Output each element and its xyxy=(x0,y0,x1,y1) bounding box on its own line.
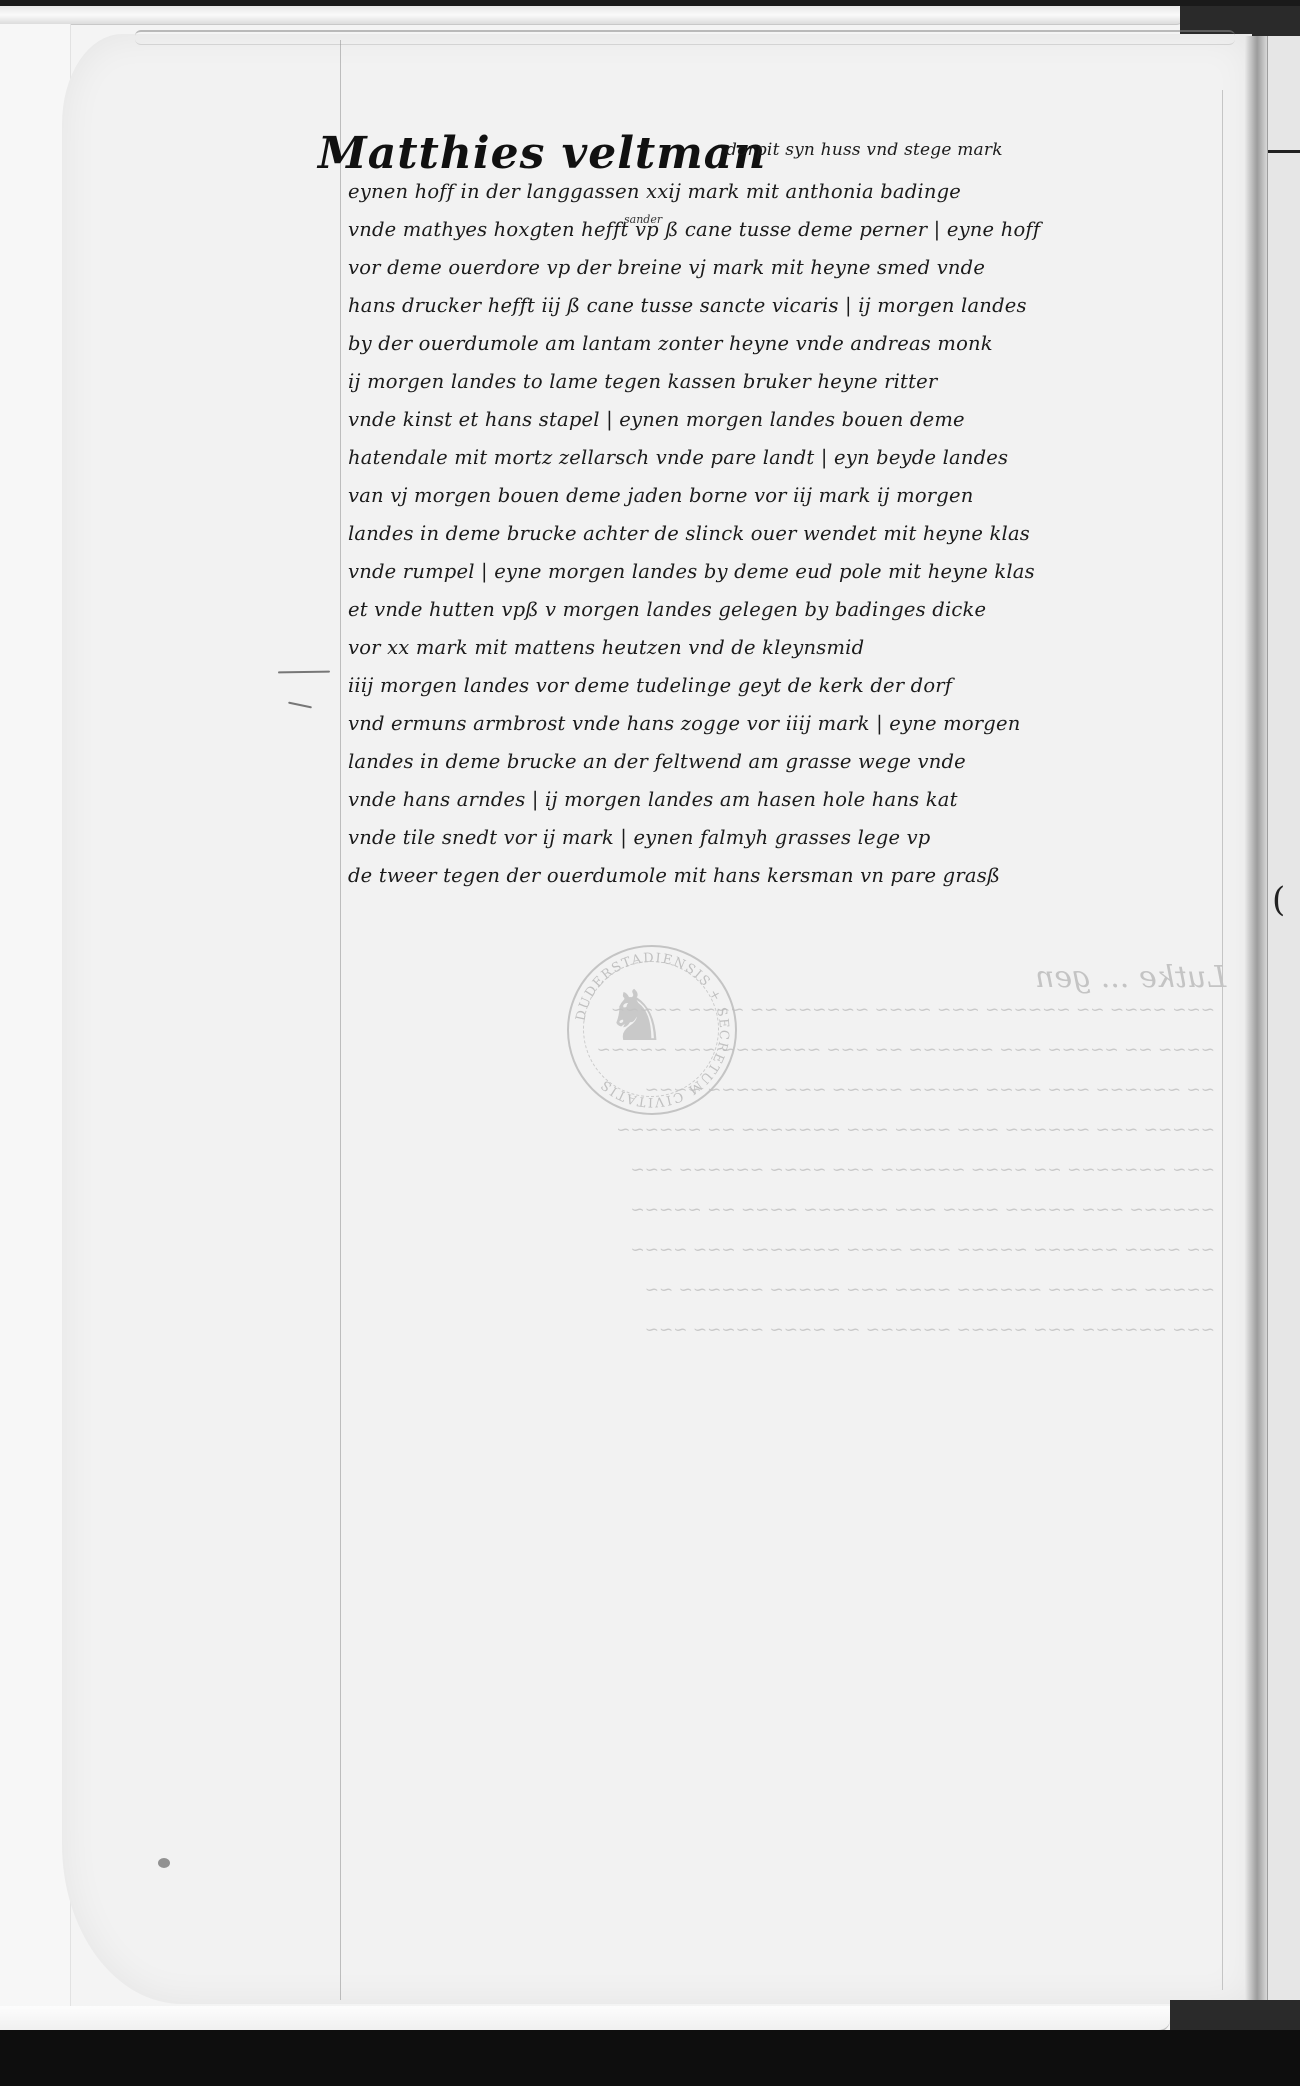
bleed-through-heading: Lutke ... gen xyxy=(1035,960,1226,995)
text-line: vnde mathyes hoxgten hefft vp ß cane tus… xyxy=(348,218,1040,241)
bleed-through-line: ~~~~~~ ~~~ ~~~~~ ~~~~ ~~~ ~~~~~~ ~~~~ ~~… xyxy=(345,1200,1215,1220)
text-line: iiij morgen landes vor deme tudelinge ge… xyxy=(348,674,952,697)
book-holder-rod-bottom xyxy=(0,2006,1170,2032)
entry-heading: Matthies veltman xyxy=(318,128,766,179)
text-line: by der ouerdumole am lantam zonter heyne… xyxy=(348,332,993,355)
text-line: vnde hans arndes | ij morgen landes am h… xyxy=(348,788,958,811)
interlinear-insertion: sander xyxy=(624,213,662,226)
scanner-bed-left xyxy=(0,24,71,2014)
archive-seal-stamp: DUDERSTADIENSIS + SECRETUM CIVITATIS ♞ xyxy=(567,945,737,1115)
bleed-through-line: ~~~ ~~~~~~ ~~~ ~~~~~ ~~~~~~ ~~ ~~~~ ~~~~… xyxy=(345,1320,1215,1340)
text-line: dorpit syn huss vnd stege mark xyxy=(726,140,1003,160)
text-line: landes in deme brucke achter de slinck o… xyxy=(348,522,1030,545)
text-line: et vnde hutten vpß v morgen landes geleg… xyxy=(348,598,986,621)
bleed-through-line: ~~~ ~~~~ ~~ ~~~~~~ ~~~ ~~~~ ~~~~~~ ~~ ~~… xyxy=(345,1000,1215,1020)
scanner-bottom-edge xyxy=(0,2030,1300,2086)
text-line: ij morgen landes to lame tegen kassen br… xyxy=(348,370,937,393)
text-line: vnde rumpel | eyne morgen landes by deme… xyxy=(348,560,1035,583)
facing-page-edge xyxy=(1267,36,1300,2026)
book-holder-rod-top xyxy=(0,6,1185,25)
facing-page-stroke xyxy=(1268,150,1300,153)
text-line: vor xx mark mit mattens heutzen vnd de k… xyxy=(348,636,864,659)
bleed-through-line: ~~ ~~~~~~ ~~~ ~~~~ ~~~~~ ~~~~~ ~~~ ~~~~~… xyxy=(345,1080,1215,1100)
facing-page-letter: ( xyxy=(1272,880,1285,920)
bleed-through-line: ~~ ~~~~ ~~~~~~ ~~~~~ ~~~ ~~~~ ~~~~~~~ ~~… xyxy=(345,1240,1215,1260)
text-line: vor deme ouerdore vp der breine vj mark … xyxy=(348,256,985,279)
text-line: vnde tile snedt vor ij mark | eynen falm… xyxy=(348,826,931,849)
bleed-through-line: ~~~ ~~~~~~~ ~~ ~~~~ ~~~~~~ ~~~ ~~~~ ~~~~… xyxy=(345,1160,1215,1180)
bleed-through-line: ~~~~~ ~~~ ~~~~~~ ~~~ ~~~~ ~~~ ~~~~~~~ ~~… xyxy=(345,1120,1215,1140)
text-line: landes in deme brucke an der feltwend am… xyxy=(348,750,966,773)
text-line: vnd ermuns armbrost vnde hans zogge vor … xyxy=(348,712,1020,735)
margin-ruling-left xyxy=(340,40,341,2000)
text-line: de tweer tegen der ouerdumole mit hans k… xyxy=(348,864,1000,887)
text-line: hatendale mit mortz zellarsch vnde pare … xyxy=(348,446,1008,469)
bleed-through-line: ~~~~ ~~ ~~~~~ ~~~ ~~~~~~ ~~ ~~~ ~~~~~~~ … xyxy=(345,1040,1215,1060)
text-line: van vj morgen bouen deme jaden borne vor… xyxy=(348,484,973,507)
book-gutter xyxy=(1245,36,1267,2026)
text-line: eynen hoff in der langgassen xxij mark m… xyxy=(348,180,961,203)
text-line: hans drucker hefft iij ß cane tusse sanc… xyxy=(348,294,1027,317)
page-damaged-top-edge xyxy=(135,30,1235,45)
lion-icon: ♞ xyxy=(605,981,668,1051)
margin-ruling-right xyxy=(1222,90,1223,1990)
text-line: vnde kinst et hans stapel | eynen morgen… xyxy=(348,408,965,431)
paper-stain xyxy=(158,1858,170,1868)
bleed-through-line: ~~~~~ ~~ ~~~~ ~~~~~~ ~~~~ ~~~ ~~~~~ ~~~~… xyxy=(345,1280,1215,1300)
